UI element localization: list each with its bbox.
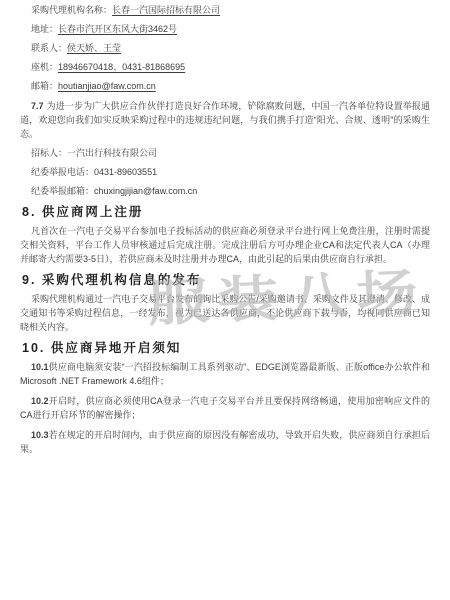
agency-name-value: 长春一汽国际招标有限公司 [112, 5, 220, 15]
clause-7-7: 7.7为进一步为广大供应合作伙伴打造良好合作环境，铲除腐败问题，中国一汽各单位特… [20, 99, 430, 141]
clause-10-2: 10.2开启时，供应商必须使用CA登录一汽电子交易平台并且要保持网络畅通，使用加… [20, 394, 430, 422]
discipline-phone-value: 0431-89603551 [94, 167, 157, 177]
agency-name-label: 采购代理机构名称： [31, 5, 112, 15]
clause-10-1-text: 供应商电脑须安装“一汽招投标编制工具系列驱动”、EDGE浏览器最新版、正版off… [20, 362, 430, 386]
bidder-line: 招标人：一汽出行科技有限公司 [20, 147, 430, 160]
address-value: 长春市汽开区东风大街3462号 [58, 24, 177, 34]
document-body: 采购代理机构名称：长春一汽国际招标有限公司 地址：长春市汽开区东风大街3462号… [0, 4, 450, 462]
phone-value: 18946670418、0431-81868695 [58, 62, 185, 72]
contact-person-line: 联系人：侯天娇、王莹 [20, 42, 430, 55]
clause-7-7-text: 为进一步为广大供应合作伙伴打造良好合作环境，铲除腐败问题，中国一汽各单位特设置举… [20, 101, 430, 139]
clause-10-1-number: 10.1 [31, 362, 49, 372]
email-link[interactable]: houtianjiao@faw.com.cn [58, 81, 156, 91]
phone-label: 座机： [31, 62, 58, 72]
email-line: 邮箱：houtianjiao@faw.com.cn [20, 80, 430, 93]
contact-person-label: 联系人： [31, 43, 67, 53]
discipline-email-value: chuxingjijian@faw.com.cn [94, 186, 197, 196]
section-10-heading: 10. 供应商异地开启须知 [20, 340, 430, 356]
clause-10-3-number: 10.3 [31, 430, 49, 440]
clause-10-1: 10.1供应商电脑须安装“一汽招投标编制工具系列驱动”、EDGE浏览器最新版、正… [20, 360, 430, 388]
document-page: 采购代理机构名称：长春一汽国际招标有限公司 地址：长春市汽开区东风大街3462号… [0, 0, 450, 600]
email-label: 邮箱： [31, 81, 58, 91]
clause-10-3-text: 若在规定的开启时间内，由于供应商的原因没有解密成功，导致开启失败，供应商须自行承… [20, 430, 430, 454]
discipline-email-label: 纪委举报邮箱： [31, 186, 94, 196]
section-8-body: 凡首次在一汽电子交易平台参加电子投标活动的供应商必须登录平台进行网上免费注册，注… [20, 224, 430, 266]
clause-10-2-text: 开启时，供应商必须使用CA登录一汽电子交易平台并且要保持网络畅通，使用加密响应文… [20, 396, 430, 420]
section-8-heading: 8. 供应商网上注册 [20, 204, 430, 220]
clause-10-3: 10.3若在规定的开启时间内，由于供应商的原因没有解密成功，导致开启失败，供应商… [20, 428, 430, 456]
agency-name-line: 采购代理机构名称：长春一汽国际招标有限公司 [20, 4, 430, 17]
discipline-phone-line: 纪委举报电话：0431-89603551 [20, 166, 430, 179]
bidder-label: 招标人： [31, 148, 67, 158]
section-9-body: 采购代理机构通过一汽电子交易平台发布的询比采购公告/采购邀请书、采购文件及其澄清… [20, 292, 430, 334]
contact-person-value: 侯天娇、王莹 [67, 43, 121, 53]
address-line: 地址：长春市汽开区东风大街3462号 [20, 23, 430, 36]
discipline-email-line: 纪委举报邮箱：chuxingjijian@faw.com.cn [20, 185, 430, 198]
clause-7-7-number: 7.7 [31, 101, 44, 111]
discipline-phone-label: 纪委举报电话： [31, 167, 94, 177]
phone-line: 座机：18946670418、0431-81868695 [20, 61, 430, 74]
section-9-heading: 9. 采购代理机构信息的发布 [20, 272, 430, 288]
address-label: 地址： [31, 24, 58, 34]
bidder-value: 一汽出行科技有限公司 [67, 148, 157, 158]
clause-10-2-number: 10.2 [31, 396, 49, 406]
